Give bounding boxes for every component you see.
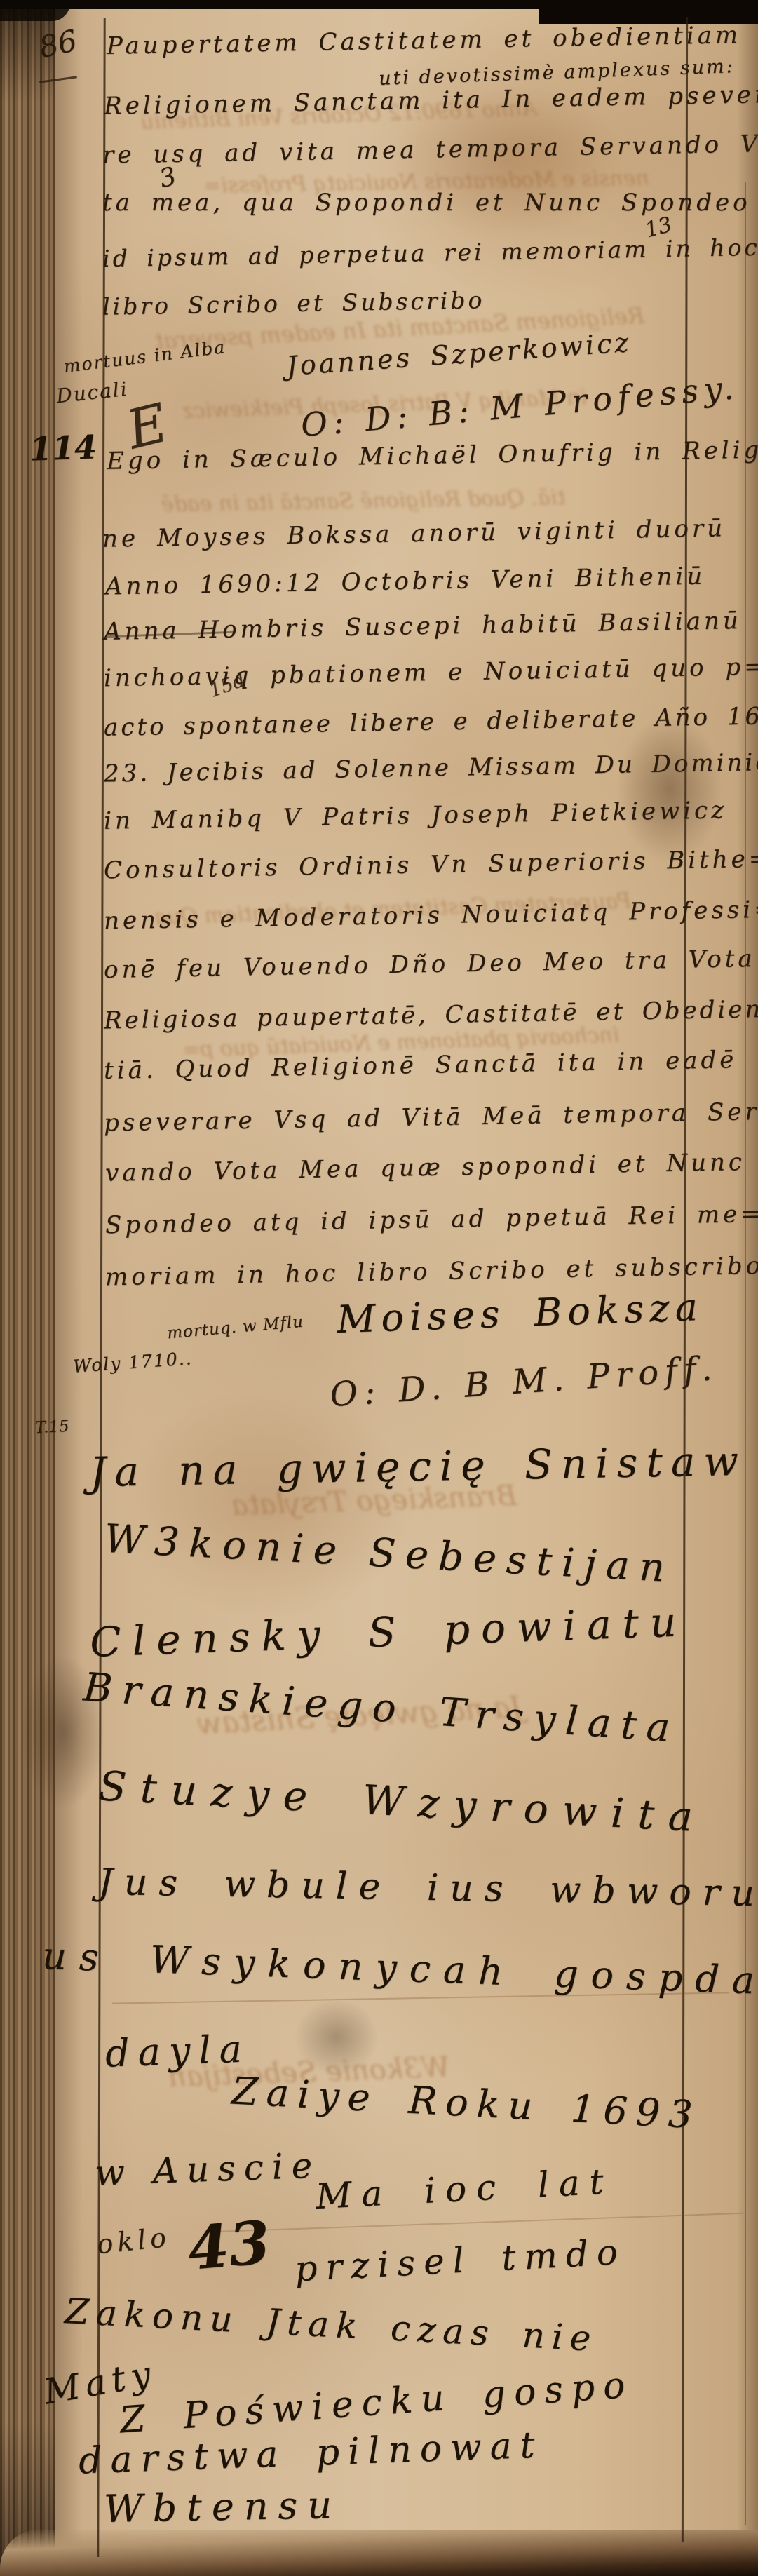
book-binding-edge xyxy=(0,0,55,2576)
manuscript-line: libro Scribo et Subscribo xyxy=(102,288,485,318)
scanner-top-right-block xyxy=(539,0,758,24)
right-page-crease xyxy=(745,182,746,2525)
entry-number: T.15 xyxy=(34,1419,69,1437)
entry-number: 114 xyxy=(29,431,97,465)
manuscript-line: Ja na gwięcię Snistaw xyxy=(90,1441,747,1492)
folio-number: 86 xyxy=(36,26,79,62)
manuscript-line: Jus wbule ius wbworu xyxy=(98,1864,758,1913)
manuscript-line: oklo xyxy=(95,2224,171,2258)
bottom-page-stack-edge xyxy=(0,2530,758,2576)
top-left-corner-shadow xyxy=(0,0,70,21)
manuscript-line: w Auscie xyxy=(94,2147,321,2190)
manuscript-line: dayla xyxy=(104,2030,250,2072)
manuscript-line: 43 xyxy=(186,2213,273,2279)
manuscript-line: Wbtensu xyxy=(104,2486,342,2528)
right-page-edge xyxy=(737,0,758,2576)
manuscript-line: ta mea, qua Spopondi et Nunc Spondeo atq xyxy=(102,191,758,215)
manuscript-scan: Anno 1690:12 Octobris Veni Bitheniū nens… xyxy=(0,0,758,2576)
